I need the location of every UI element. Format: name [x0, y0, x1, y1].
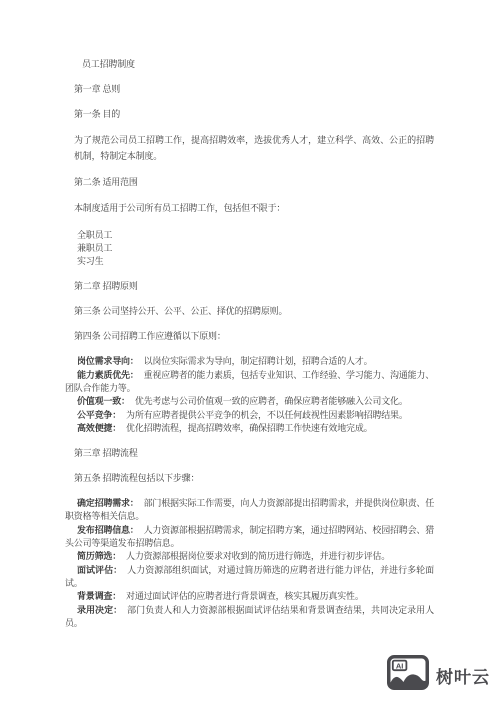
- chapter-1-heading: 第一章 总则: [74, 83, 434, 96]
- scope-item: 兼职员工: [65, 242, 434, 255]
- article-4-heading: 第四条 公司招聘工作应遵循以下原则：: [74, 330, 434, 343]
- step-item: 录用决定：部门负责人和人力资源部根据面试评估结果和背景调查结果，共同决定录用人员…: [65, 604, 434, 631]
- step-item: 背景调查：对通过面试评估的应聘者进行背景调查，核实其履历真实性。: [65, 590, 434, 603]
- principle-text: 优化招聘流程，提高招聘效率，确保招聘工作快速有效地完成。: [126, 423, 372, 433]
- step-label: 发布招聘信息：: [77, 525, 139, 535]
- step-item: 确定招聘需求：部门根据实际工作需要，向人力资源部提出招聘需求，并提供岗位职责、任…: [65, 497, 434, 524]
- brand-name: 树叶云: [436, 663, 490, 688]
- step-item: 简历筛选：人力资源部根据岗位要求对收到的简历进行筛选，并进行初步评估。: [65, 550, 434, 563]
- principle-label: 高效便捷：: [77, 423, 121, 433]
- principle-item: 岗位需求导向：以岗位实际需求为导向，制定招聘计划，招聘合适的人才。: [65, 355, 434, 368]
- principle-label: 岗位需求导向：: [77, 356, 139, 366]
- scope-list: 全职员工 兼职员工 实习生: [65, 229, 434, 269]
- article-5-heading: 第五条 招聘流程包括以下步骤：: [74, 472, 434, 485]
- chapter-3-heading: 第三章 招聘流程: [74, 447, 434, 460]
- chapter-2-heading: 第二章 招聘原则: [74, 280, 434, 293]
- document-body: 员工招聘制度 第一章 总则 第一条 目的 为了规范公司员工招聘工作，提高招聘效率…: [65, 58, 434, 642]
- step-text: 对通过面试评估的应聘者进行背景调查，核实其履历真实性。: [126, 591, 364, 601]
- article-3-heading: 第三条 公司坚持公开、公平、公正、择优的招聘原则。: [74, 305, 434, 318]
- article-1-heading: 第一条 目的: [74, 108, 434, 121]
- principle-item: 高效便捷：优化招聘流程，提高招聘效率，确保招聘工作快速有效地完成。: [65, 422, 434, 435]
- principle-item: 公平竞争：为所有应聘者提供公平竞争的机会，不以任何歧视性因素影响招聘结果。: [65, 409, 434, 422]
- scope-item: 实习生: [65, 255, 434, 268]
- step-item: 面试评估：人力资源部组织面试，对通过简历筛选的应聘者进行能力评估，并进行多轮面试…: [65, 564, 434, 591]
- step-label: 简历筛选：: [77, 551, 121, 561]
- principle-item: 能力素质优先：重视应聘者的能力素质，包括专业知识、工作经验、学习能力、沟通能力、…: [65, 369, 434, 396]
- purpose-paragraph: 为了规范公司员工招聘工作，提高招聘效率，选拔优秀人才，建立科学、高效、公正的招聘…: [74, 133, 434, 164]
- brand-watermark: AI 树叶云: [387, 655, 490, 695]
- principle-text: 优先考虑与公司价值观一致的应聘者，确保应聘者能够融入公司文化。: [135, 396, 408, 406]
- principle-label: 价值观一致：: [77, 396, 130, 406]
- step-label: 面试评估：: [77, 565, 122, 575]
- principle-label: 能力素质优先：: [77, 370, 139, 380]
- scope-item: 全职员工: [65, 229, 434, 242]
- document-preview-page: { "colors": { "page_bg": "#ffffff", "tex…: [0, 0, 500, 707]
- steps-list: 确定招聘需求：部门根据实际工作需要，向人力资源部提出招聘需求，并提供岗位职责、任…: [65, 497, 434, 630]
- doc-title: 员工招聘制度: [82, 58, 434, 71]
- step-label: 确定招聘需求：: [77, 498, 139, 508]
- ai-image-icon: AI: [387, 655, 429, 695]
- step-text: 人力资源部根据岗位要求对收到的简历进行筛选，并进行初步评估。: [126, 551, 390, 561]
- step-label: 背景调查：: [77, 591, 121, 601]
- principle-item: 价值观一致：优先考虑与公司价值观一致的应聘者，确保应聘者能够融入公司文化。: [65, 395, 434, 408]
- principles-list: 岗位需求导向：以岗位实际需求为导向，制定招聘计划，招聘合适的人才。 能力素质优先…: [65, 355, 434, 435]
- step-item: 发布招聘信息：人力资源部根据招聘需求，制定招聘方案，通过招聘网站、校园招聘会、猎…: [65, 524, 434, 551]
- article-2-heading: 第二条 适用范围: [74, 176, 434, 189]
- principle-text: 以岗位实际需求为导向，制定招聘计划，招聘合适的人才。: [144, 356, 373, 366]
- principle-label: 公平竞争：: [77, 410, 121, 420]
- principle-text: 为所有应聘者提供公平竞争的机会，不以任何歧视性因素影响招聘结果。: [126, 410, 408, 420]
- scope-intro-paragraph: 本制度适用于公司所有员工招聘工作，包括但不限于：: [74, 201, 434, 217]
- ai-icon-text: AI: [396, 661, 404, 670]
- step-label: 录用决定：: [77, 605, 122, 615]
